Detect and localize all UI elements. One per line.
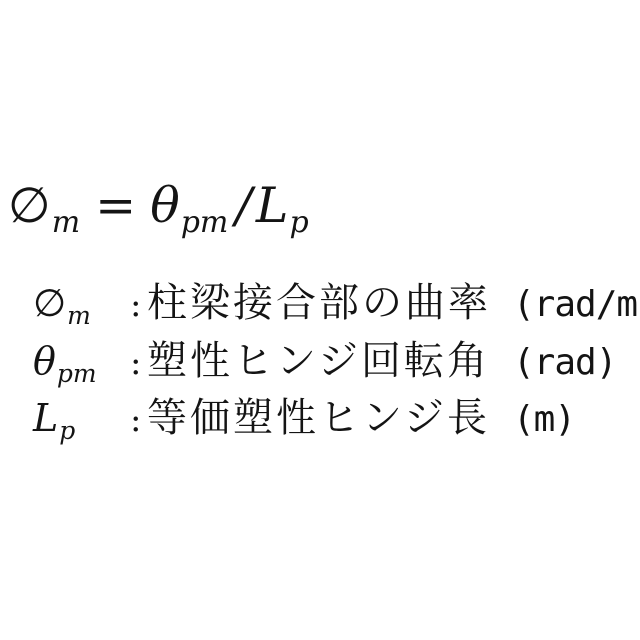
definition-label-rotation-angle: 塑性ヒンジ回転角 bbox=[147, 336, 513, 386]
theta-symbol: θ bbox=[33, 339, 56, 383]
colon-separator: : bbox=[130, 338, 147, 388]
theta-subscript: pm bbox=[181, 193, 229, 253]
definition-symbol-theta: θpm bbox=[33, 336, 130, 391]
colon-separator: : bbox=[130, 395, 147, 445]
equals-sign: = bbox=[95, 177, 136, 234]
division-slash: / bbox=[235, 177, 252, 234]
definition-symbol-length: Lp bbox=[33, 393, 130, 448]
document-page: ∅m=θpm/Lp ∅m:柱梁接合部の曲率(rad/m) θpm:塑性ヒンジ回転… bbox=[0, 0, 640, 640]
definition-row-length: Lp:等価塑性ヒンジ長(m) bbox=[0, 393, 575, 448]
definition-row-phi: ∅m:柱梁接合部の曲率(rad/m) bbox=[0, 278, 640, 333]
theta-subscript: pm bbox=[57, 349, 97, 399]
phi-symbol: ∅ bbox=[33, 281, 66, 325]
colon-separator: : bbox=[130, 280, 147, 330]
definition-label-hinge-length: 等価塑性ヒンジ長 bbox=[147, 393, 513, 443]
length-subscript: p bbox=[59, 406, 75, 456]
definition-unit-rad-per-m: (rad/m) bbox=[513, 284, 640, 325]
definition-label-curvature: 柱梁接合部の曲率 bbox=[147, 278, 513, 328]
definition-symbol-phi: ∅m bbox=[33, 278, 130, 333]
length-symbol: L bbox=[256, 177, 289, 234]
length-subscript: p bbox=[289, 193, 308, 253]
phi-subscript: m bbox=[67, 291, 91, 341]
main-formula: ∅m=θpm/Lp bbox=[8, 176, 311, 243]
length-symbol: L bbox=[33, 396, 58, 440]
phi-subscript: m bbox=[52, 193, 80, 253]
definition-unit-m: (m) bbox=[513, 399, 575, 440]
definition-unit-rad: (rad) bbox=[513, 342, 616, 383]
definition-row-theta: θpm:塑性ヒンジ回転角(rad) bbox=[0, 336, 616, 391]
phi-symbol: ∅ bbox=[8, 177, 51, 234]
theta-symbol: θ bbox=[150, 177, 180, 234]
